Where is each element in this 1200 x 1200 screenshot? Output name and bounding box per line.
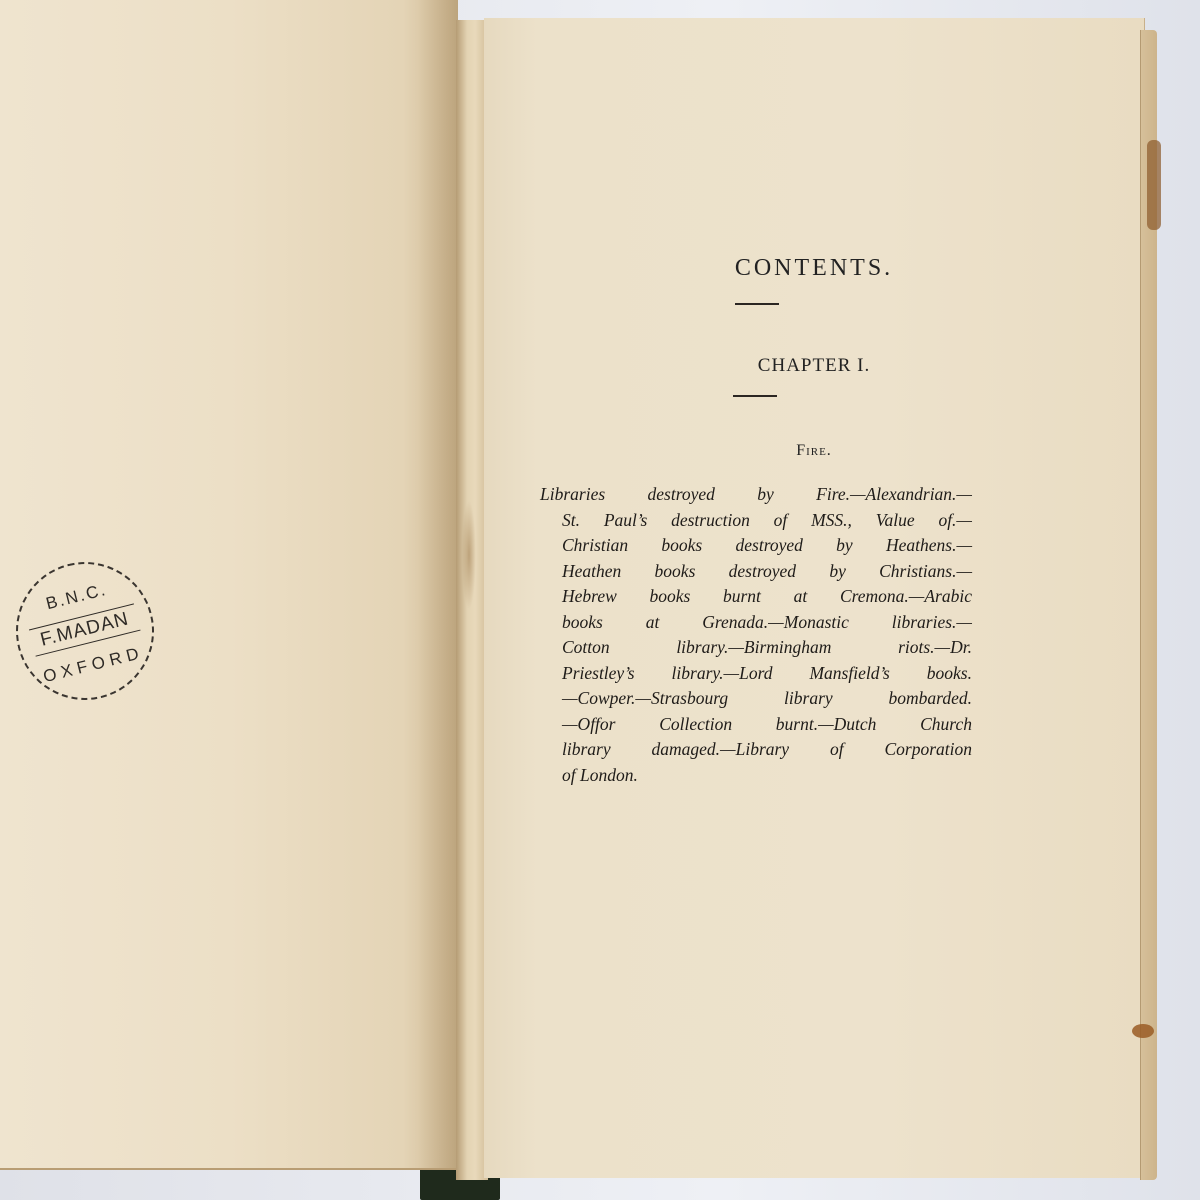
- right-page: CONTENTS. CHAPTER I. Fire. Libraries des…: [484, 18, 1144, 1178]
- library-stamp: B.N.C. F.MADAN OXFORD: [1, 547, 168, 714]
- contents-heading: CONTENTS.: [484, 255, 1144, 282]
- summary-line: —Cowper.—Strasbourg library bombarded.: [540, 686, 972, 712]
- heading-rule: [735, 303, 779, 305]
- summary-line: library damaged.—Library of Corporation: [540, 737, 972, 763]
- section-heading: Fire.: [484, 442, 1144, 460]
- summary-line: Cotton library.—Birmingham riots.—Dr.: [540, 635, 972, 661]
- gutter-stain: [462, 500, 476, 610]
- chapter-heading: CHAPTER I.: [484, 355, 1144, 377]
- summary-line: Heathen books destroyed by Christians.—: [540, 559, 972, 585]
- summary-line: Priestley’s library.—Lord Mansfield’s bo…: [540, 661, 972, 687]
- edge-stain: [1147, 140, 1161, 230]
- summary-line: —Offor Collection burnt.—Dutch Church: [540, 712, 972, 738]
- page-shadow: [418, 0, 458, 1168]
- summary-line: books at Grenada.—Monastic libraries.—: [540, 610, 972, 636]
- summary-line: Hebrew books burnt at Cremona.—Arabic: [540, 584, 972, 610]
- foxing-spot: [1132, 1024, 1154, 1038]
- summary-line: Libraries destroyed by Fire.—Alexandrian…: [540, 482, 972, 508]
- page-fore-edge: [1140, 30, 1157, 1180]
- summary-line: St. Paul’s destruction of MSS., Value of…: [540, 508, 972, 534]
- chapter-rule: [733, 395, 777, 397]
- left-page: B.N.C. F.MADAN OXFORD: [0, 0, 458, 1170]
- open-book: B.N.C. F.MADAN OXFORD CONTENTS. CHAPTER …: [0, 0, 1160, 1200]
- summary-line: of London.: [540, 763, 972, 789]
- chapter-summary: Libraries destroyed by Fire.—Alexandrian…: [540, 482, 972, 788]
- summary-line: Christian books destroyed by Heathens.—: [540, 533, 972, 559]
